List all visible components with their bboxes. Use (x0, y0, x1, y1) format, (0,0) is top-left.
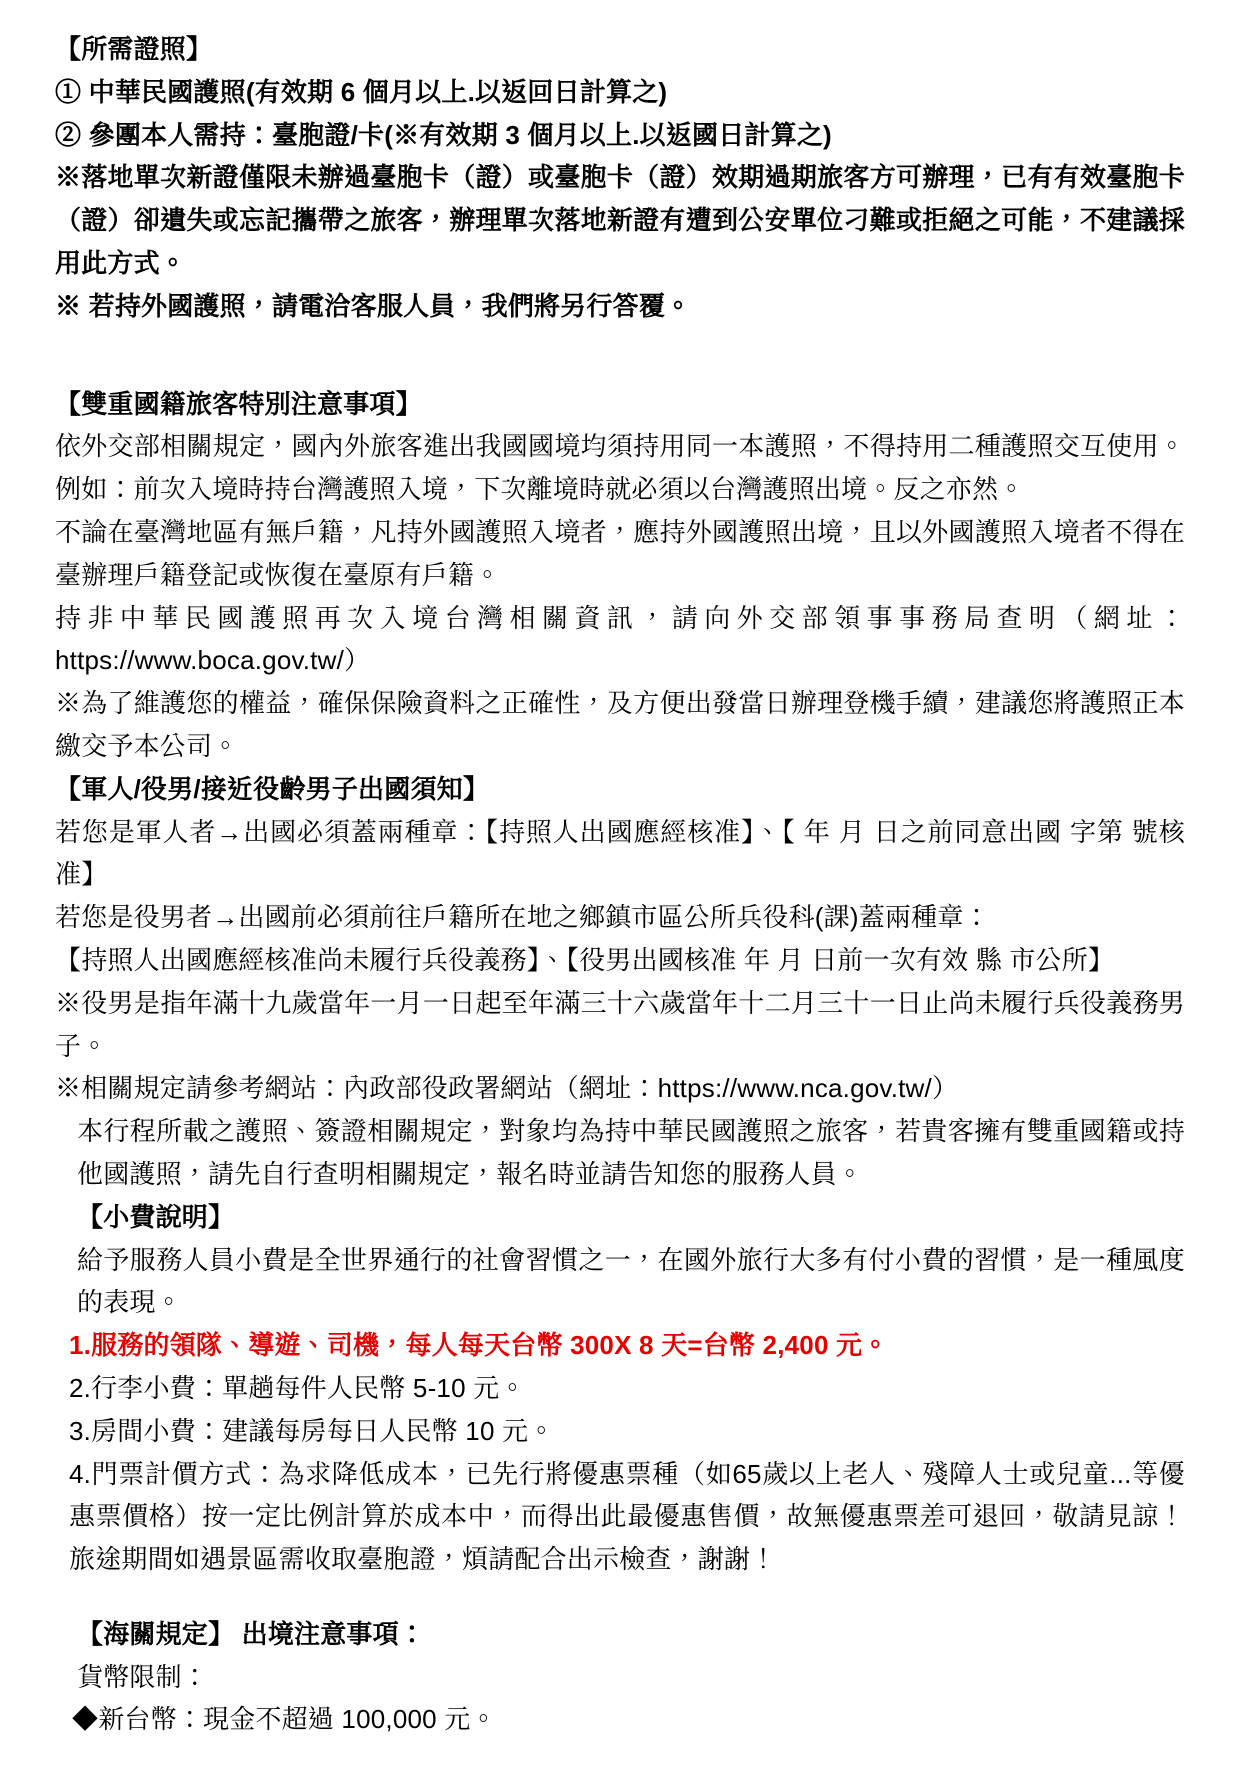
tipping-heading: 【小費說明】 (55, 1196, 1185, 1239)
customs-item-ntd-cash-limit: ◆新台幣：現金不超過 100,000 元。 (55, 1698, 1185, 1741)
dual-nationality-para-household: 不論在臺灣地區有無戶籍，凡持外國護照入境者，應持外國護照出境，且以外國護照入境者… (55, 511, 1185, 597)
required-documents-item-passport: ① 中華民國護照(有效期 6 個月以上.以返回日計算之) (55, 71, 1185, 114)
military-para-nca-url: ※相關規定請參考網站：內政部役政署網站（網址：https://www.nca.g… (55, 1067, 1185, 1110)
document-page: 【所需證照】 ① 中華民國護照(有效期 6 個月以上.以返回日計算之) ② 參團… (0, 0, 1241, 1781)
section-required-documents: 【所需證照】 ① 中華民國護照(有效期 6 個月以上.以返回日計算之) ② 參團… (55, 28, 1185, 328)
tipping-item-room: 3.房間小費：建議每房每日人民幣 10 元。 (55, 1410, 1185, 1453)
tipping-intro: 給予服務人員小費是全世界通行的社會習慣之一，在國外旅行大多有付小費的習慣，是一種… (55, 1239, 1185, 1325)
customs-currency-limit-label: 貨幣限制： (55, 1656, 1185, 1699)
customs-heading: 【海關規定】 出境注意事項： (55, 1613, 1185, 1656)
military-note-roc-passport-scope: 本行程所載之護照、簽證相關規定，對象均為持中華民國護照之旅客，若貴客擁有雙重國籍… (55, 1110, 1185, 1196)
blank-space (55, 1581, 1185, 1613)
section-dual-nationality: 【雙重國籍旅客特別注意事項】 依外交部相關規定，國內外旅客進出我國國境均須持用同… (55, 383, 1185, 768)
dual-nationality-para-passport-original: ※為了維護您的權益，確保保險資料之正確性，及方便出發當日辦理登機手續，建議您將護… (55, 682, 1185, 768)
tipping-item-tickets: 4.門票計價方式：為求降低成本，已先行將優惠票種（如65歲以上老人、殘障人士或兒… (55, 1453, 1185, 1581)
military-para-soldier-stamps: 若您是軍人者→出國必須蓋兩種章：【持照人出國應經核准】、【 年 月 日之前同意出… (55, 811, 1185, 897)
dual-nationality-para-boca-url: 持非中華民國護照再次入境台灣相關資訊，請向外交部領事事務局查明（網址：https… (55, 597, 1185, 683)
blank-space (55, 328, 1185, 383)
military-para-draftee-office: 若您是役男者→出國前必須前往戶籍所在地之鄉鎮市區公所兵役科(課)蓋兩種章： (55, 896, 1185, 939)
tipping-item-guide-driver: 1.服務的領隊、導遊、司機，每人每天台幣 300X 8 天=台幣 2,400 元… (55, 1324, 1185, 1367)
military-para-draftee-stamps: 【持照人出國應經核准尚未履行兵役義務】、【役男出國核准 年 月 日前一次有效 縣… (55, 939, 1185, 982)
section-customs: 【海關規定】 出境注意事項： 貨幣限制： ◆新台幣：現金不超過 100,000 … (55, 1613, 1185, 1741)
required-documents-heading: 【所需證照】 (55, 28, 1185, 71)
dual-nationality-para-same-passport: 依外交部相關規定，國內外旅客進出我國國境均須持用同一本護照，不得持用二種護照交互… (55, 425, 1185, 511)
required-documents-note-foreign-passport: ※ 若持外國護照，請電洽客服人員，我們將另行答覆。 (55, 285, 1185, 328)
tipping-item-luggage: 2.行李小費：單趟每件人民幣 5-10 元。 (55, 1367, 1185, 1410)
dual-nationality-heading: 【雙重國籍旅客特別注意事項】 (55, 383, 1185, 426)
military-para-draftee-definition: ※役男是指年滿十九歲當年一月一日起至年滿三十六歲當年十二月三十一日止尚未履行兵役… (55, 982, 1185, 1068)
required-documents-note-landing-permit: ※落地單次新證僅限未辦過臺胞卡（證）或臺胞卡（證）效期過期旅客方可辦理，已有有效… (55, 156, 1185, 284)
section-military: 【軍人/役男/接近役齡男子出國須知】 若您是軍人者→出國必須蓋兩種章：【持照人出… (55, 768, 1185, 1196)
section-tipping: 【小費說明】 給予服務人員小費是全世界通行的社會習慣之一，在國外旅行大多有付小費… (55, 1196, 1185, 1581)
required-documents-item-taibaozheng: ② 參團本人需持：臺胞證/卡(※有效期 3 個月以上.以返國日計算之) (55, 114, 1185, 157)
military-heading: 【軍人/役男/接近役齡男子出國須知】 (55, 768, 1185, 811)
